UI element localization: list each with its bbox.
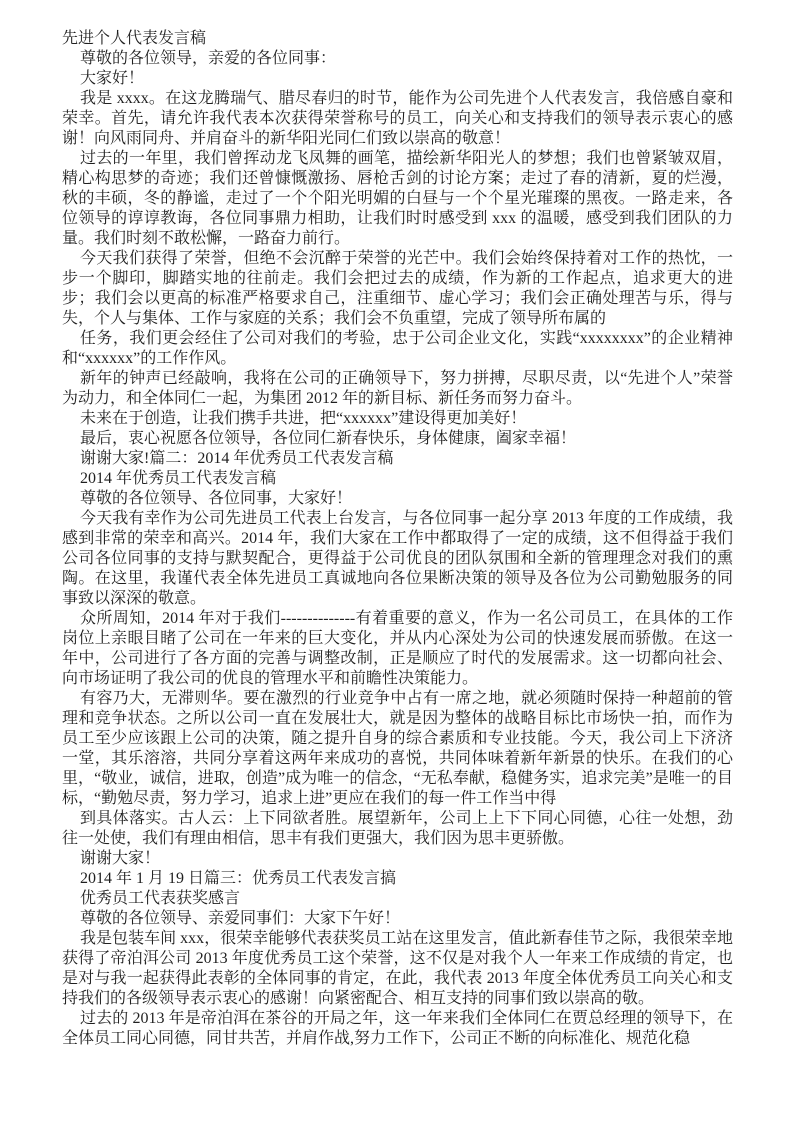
paragraph: 众所周知，2014 年对于我们--------------有着重要的意义，作为一… bbox=[62, 609, 733, 689]
paragraph: 我是包装车间 xxx，很荣幸能够代表获奖员工站在这里发言，值此新春佳节之际，我很… bbox=[62, 929, 733, 1009]
document-page: 先进个人代表发言稿 尊敬的各位领导，亲爱的各位同事： 大家好！ 我是 xxxx。… bbox=[0, 0, 794, 1123]
paragraph: 过去的一年里，我们曾挥动龙飞凤舞的画笔，描绘新华阳光人的梦想；我们也曾紧皱双眉，… bbox=[62, 149, 733, 249]
paragraph: 尊敬的各位领导、亲爱同事们：大家下午好！ bbox=[62, 909, 733, 929]
paragraph: 新年的钟声已经敲响，我将在公司的正确领导下，努力拼搏，尽职尽责，以“先进个人”荣… bbox=[62, 369, 733, 409]
paragraph: 过去的 2013 年是帝泊洱在茶谷的开局之年，这一年来我们全体同仁在贾总经理的领… bbox=[62, 1009, 733, 1049]
paragraph: 到具体落实。古人云：上下同欲者胜。展望新年，公司上上下下同心同德，心往一处想，劲… bbox=[62, 809, 733, 849]
paragraph: 谢谢大家！ bbox=[62, 849, 733, 869]
paragraph: 2014 年优秀员工代表发言稿 bbox=[62, 469, 733, 489]
paragraph: 尊敬的各位领导，亲爱的各位同事： bbox=[62, 49, 733, 69]
paragraph: 今天我有幸作为公司先进员工代表上台发言，与各位同事一起分享 2013 年度的工作… bbox=[62, 509, 733, 609]
paragraph: 未来在于创造，让我们携手共进，把“xxxxxx”建设得更加美好！ bbox=[62, 409, 733, 429]
paragraph: 今天我们获得了荣誉，但绝不会沉醉于荣誉的光芒中。我们会始终保持着对工作的热忱，一… bbox=[62, 249, 733, 329]
paragraph: 优秀员工代表获奖感言 bbox=[62, 889, 733, 909]
paragraph: 我是 xxxx。在这龙腾瑞气、腊尽春归的时节，能作为公司先进个人代表发言，我倍感… bbox=[62, 89, 733, 149]
paragraph: 任务，我们更会经住了公司对我们的考验，忠于公司企业文化，实践“xxxxxxxx”… bbox=[62, 329, 733, 369]
paragraph: 尊敬的各位领导、各位同事，大家好！ bbox=[62, 489, 733, 509]
document-title: 先进个人代表发言稿 bbox=[62, 29, 733, 49]
paragraph: 大家好！ bbox=[62, 69, 733, 89]
paragraph: 谢谢大家!篇二：2014 年优秀员工代表发言稿 bbox=[62, 449, 733, 469]
paragraph: 2014 年 1 月 19 日篇三：优秀员工代表发言搞 bbox=[62, 869, 733, 889]
paragraph: 最后，衷心祝愿各位领导，各位同仁新春快乐，身体健康，阖家幸福！ bbox=[62, 429, 733, 449]
paragraph: 有容乃大，无滞则华。要在激烈的行业竞争中占有一席之地，就必须随时保持一种超前的管… bbox=[62, 689, 733, 809]
